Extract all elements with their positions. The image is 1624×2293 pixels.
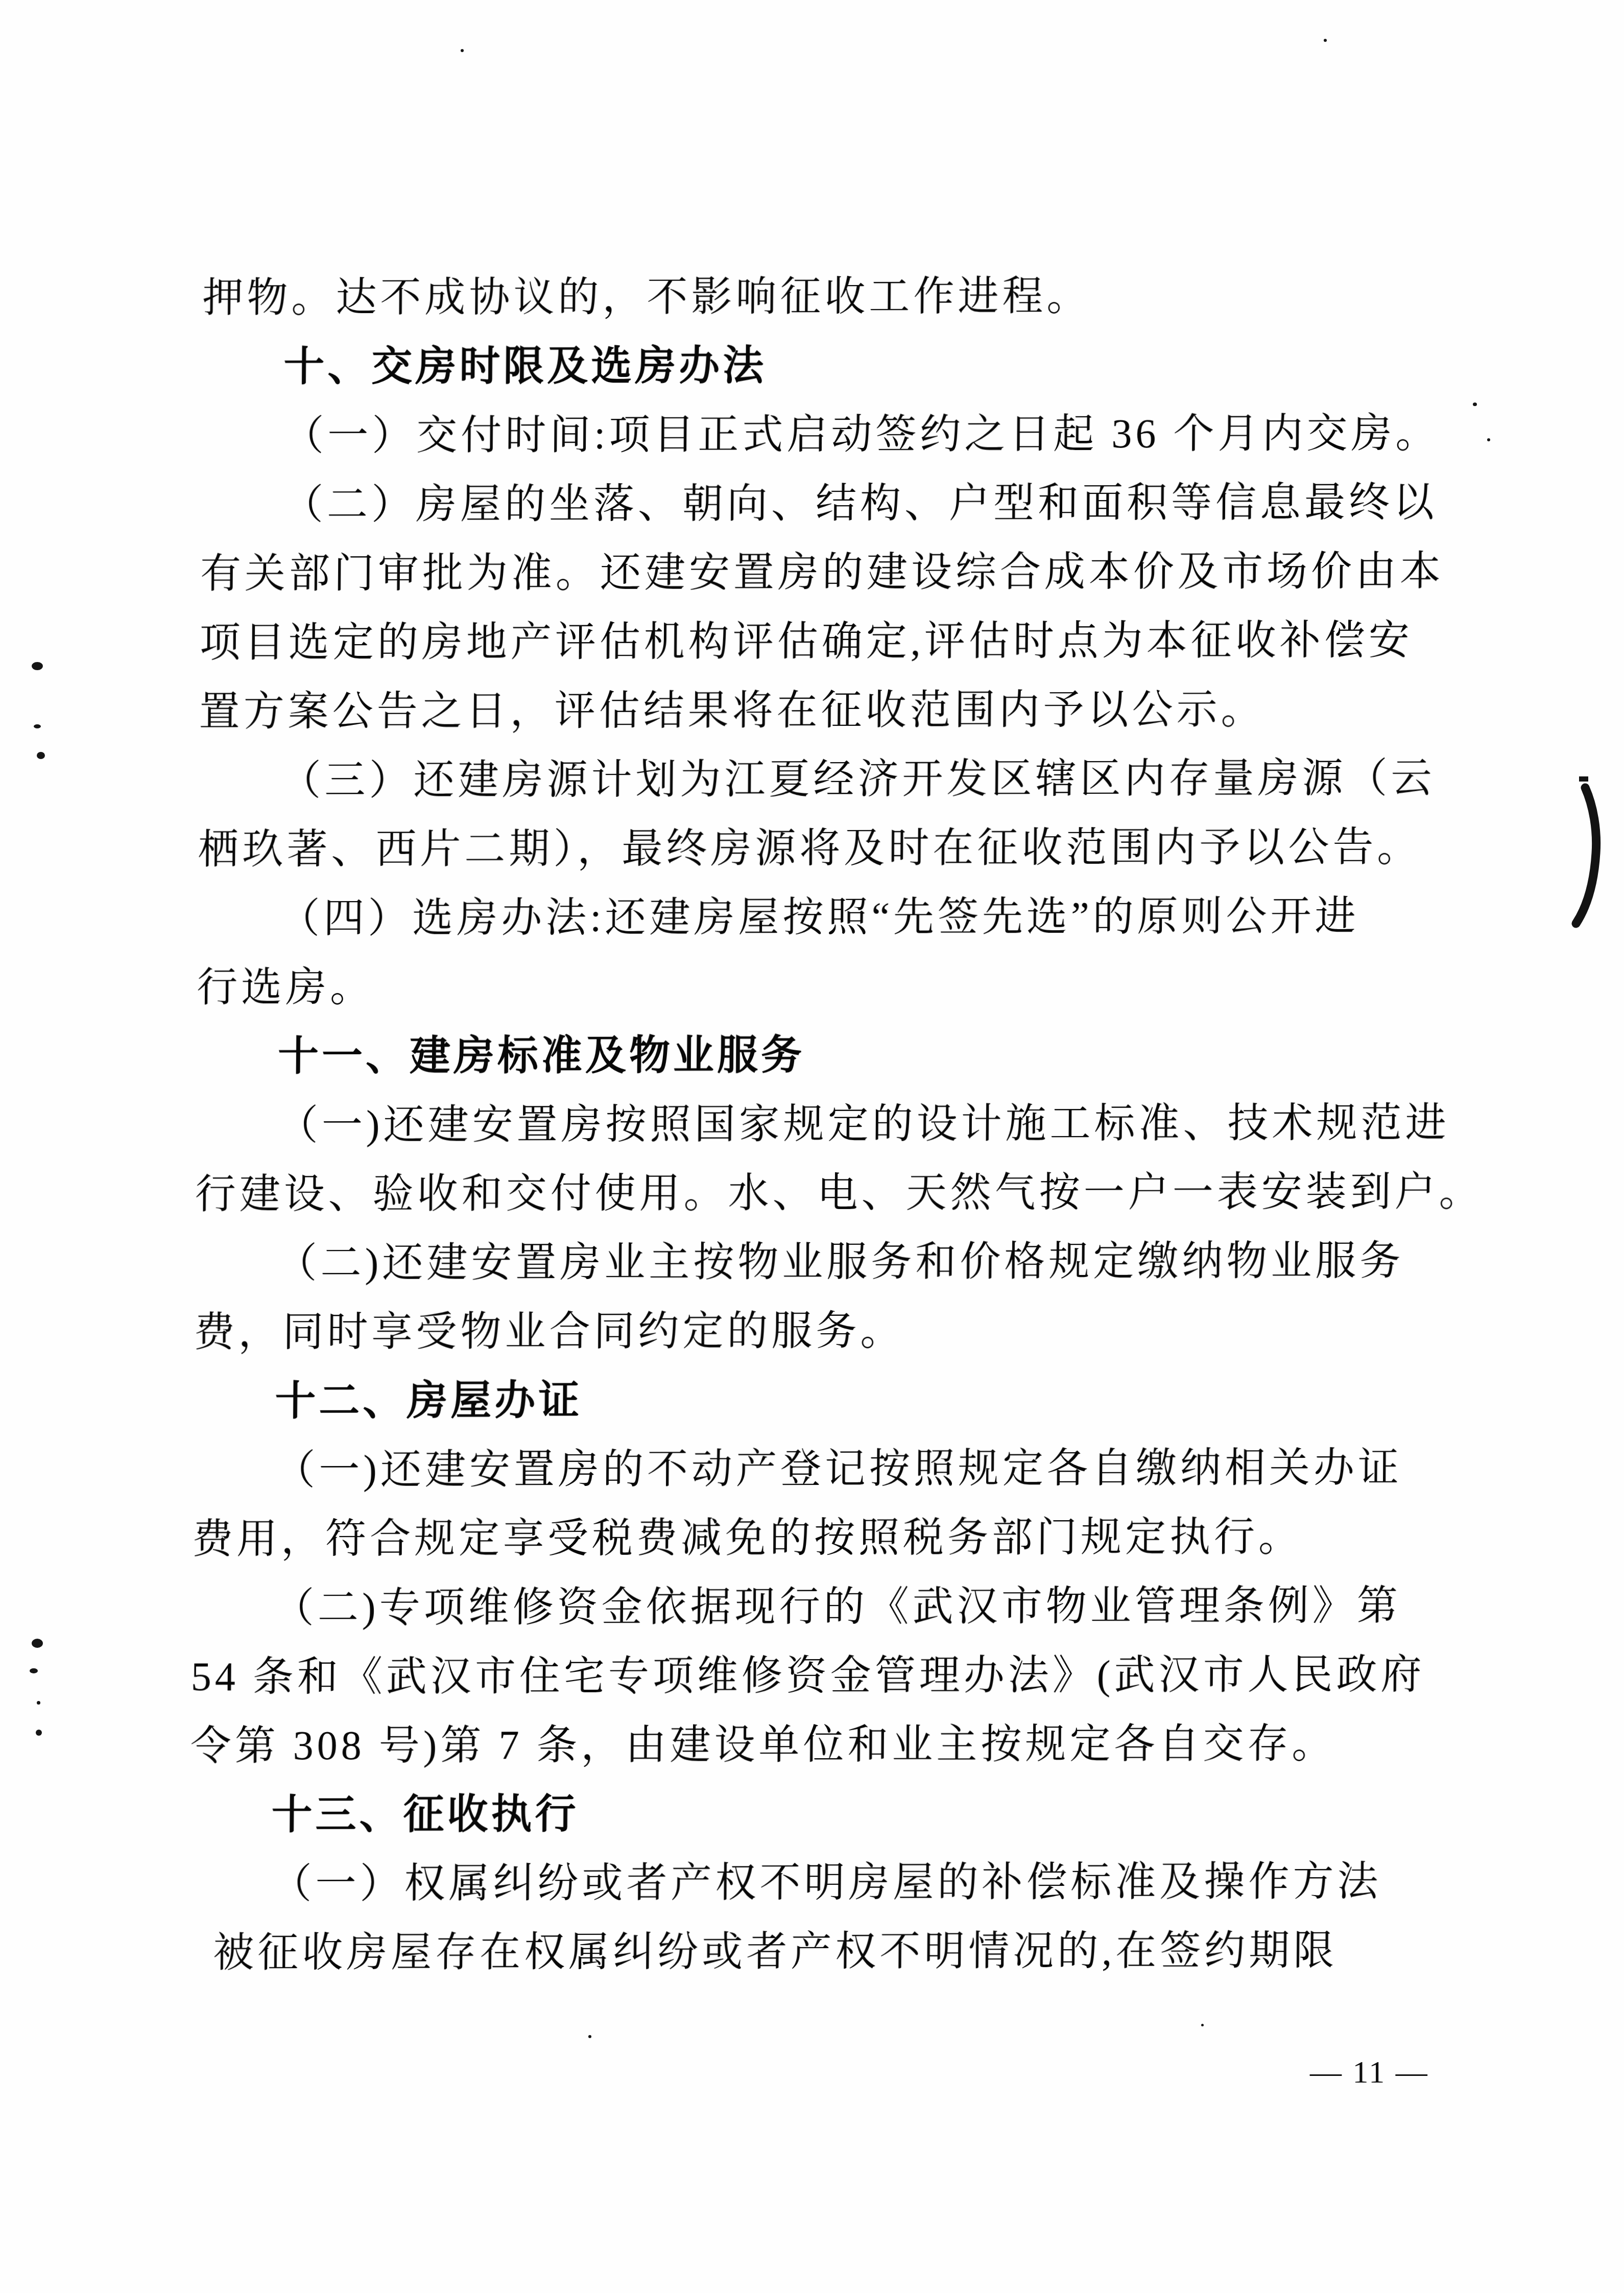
text-line: 押物。达不成协议的，不影响征收工作进程。: [202, 256, 1510, 328]
text-line: （一)还建安置房按照国家规定的设计施工标准、技术规范进: [195, 1084, 1503, 1155]
text-line: 置方案公告之日，评估结果将在征收范围内予以公示。: [199, 670, 1507, 742]
scan-speck: [588, 2035, 591, 2038]
scan-speck: [1473, 403, 1477, 406]
scan-speck: [30, 1668, 38, 1673]
scan-speck: [37, 1701, 40, 1705]
section-heading: 十、交房时限及选房办法: [202, 325, 1510, 397]
document-page: 押物。达不成协议的，不影响征收工作进程。十、交房时限及选房办法（一）交付时间:项…: [0, 0, 1624, 2293]
text-line: 54 条和《武汉市住宅专项维修资金管理办法》(武汉市人民政府: [190, 1636, 1498, 1707]
page-number: — 11 —: [1310, 2054, 1429, 2091]
scan-speck: [32, 1639, 43, 1648]
scan-speck: [37, 752, 45, 759]
scan-speck: [461, 49, 464, 52]
scan-speck: [32, 662, 43, 670]
scan-speck: [1324, 39, 1327, 42]
text-line: （二)还建安置房业主按物业服务和价格规定缴纳物业服务: [194, 1222, 1502, 1293]
text-line: 令第 308 号)第 7 条，由建设单位和业主按规定各自交存。: [190, 1705, 1498, 1776]
ink-stroke-artifact: [1564, 776, 1610, 930]
scan-speck: [1201, 2024, 1204, 2026]
text-line: （四）选房办法:还建房屋按照“先签先选”的原则公开进: [197, 877, 1505, 949]
text-line: （一)还建安置房的不动产登记按照规定各自缴纳相关办证: [193, 1429, 1500, 1500]
text-line: （二）房屋的坐落、朝向、结构、户型和面积等信息最终以: [201, 463, 1509, 535]
text-line: 费，同时享受物业合同约定的服务。: [194, 1291, 1501, 1362]
text-block: 押物。达不成协议的，不影响征收工作进程。十、交房时限及选房办法（一）交付时间:项…: [188, 256, 1510, 1983]
text-line: 被征收房屋存在权属纠纷或者产权不明情况的,在签约期限: [188, 1911, 1496, 1983]
text-line: 项目选定的房地产评估机构评估确定,评估时点为本征收补偿安: [199, 601, 1507, 673]
text-line: （一）权属纠纷或者产权不明房屋的补偿标准及操作方法: [189, 1842, 1497, 1914]
text-line: 行选房。: [197, 946, 1504, 1018]
text-line: 有关部门审批为准。还建安置房的建设综合成本价及市场价由本: [200, 532, 1508, 604]
text-line: （二)专项维修资金依据现行的《武汉市物业管理条例》第: [191, 1567, 1499, 1638]
section-heading: 十三、征收执行: [189, 1774, 1497, 1845]
text-line: 栖玖著、西片二期），最终房源将及时在征收范围内予以公告。: [198, 808, 1506, 880]
section-heading: 十二、房屋办证: [193, 1360, 1501, 1431]
text-line: （一）交付时间:项目正式启动签约之日起 36 个月内交房。: [201, 394, 1509, 466]
text-line: 费用，符合规定享受税费减免的按照税务部门规定执行。: [192, 1498, 1500, 1569]
scan-speck: [36, 1730, 42, 1736]
text-line: （三）还建房源计划为江夏经济开发区辖区内存量房源（云: [198, 739, 1506, 811]
text-line: 行建设、验收和交付使用。水、电、天然气按一户一表安装到户。: [195, 1153, 1502, 1224]
scan-speck: [34, 724, 41, 728]
section-heading: 十一、建房标准及物业服务: [196, 1015, 1504, 1086]
scan-speck: [1487, 438, 1490, 441]
